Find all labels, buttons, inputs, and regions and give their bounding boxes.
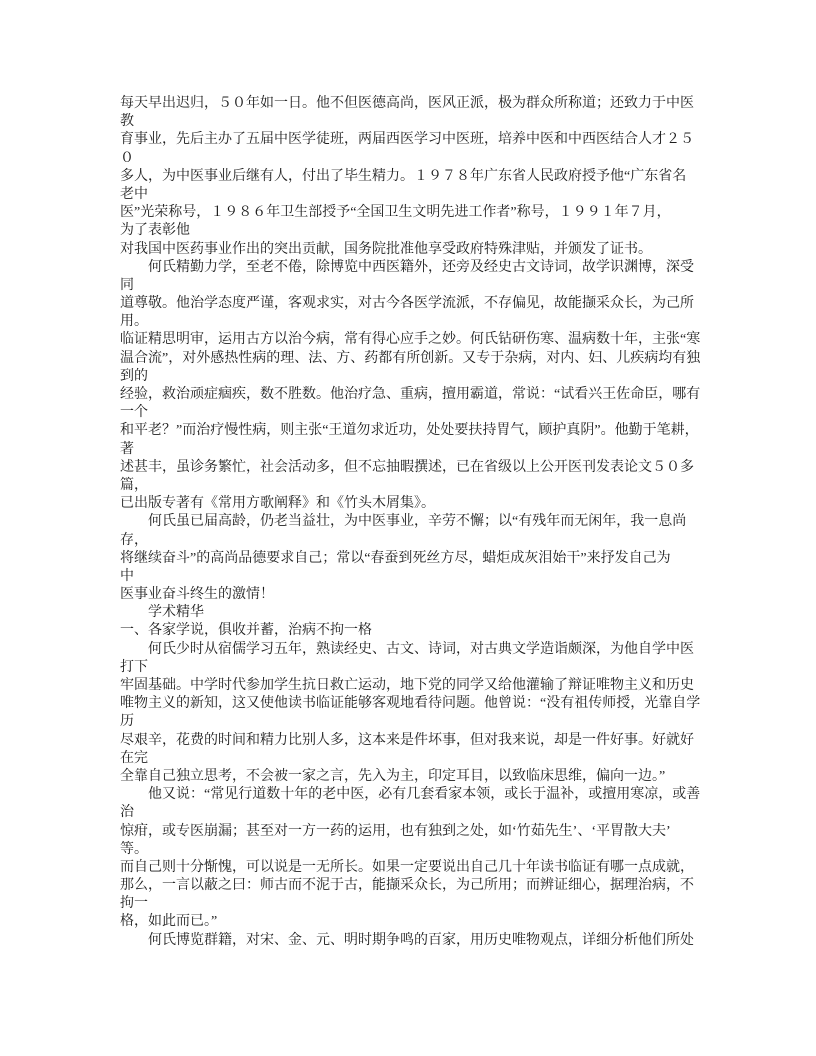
text-line: 他又说：“常见行道数十年的老中医，必有几套看家本领，或长于温补，或擅用寒凉，或善 [120, 786, 706, 804]
text-line: 篇， [120, 477, 706, 495]
text-line: 何氏少时从宿儒学习五年，熟读经史、古文、诗词，对古典文学造诣颇深，为他自学中医 [120, 641, 706, 659]
document-page: 每天早出迟归，５０年如一日。他不但医德高尚，医风正派，极为群众所称道；还致力于中… [0, 0, 816, 1056]
text-line: 将继续奋斗”的高尚品德要求自己；常以“春蚕到死丝方尽，蜡炬成灰泪始干”来抒发自己… [120, 550, 706, 568]
text-line: 何氏虽已届高龄，仍老当益壮，为中医事业，辛劳不懈；以“有残年而无闲年，我一息尚 [120, 513, 706, 531]
text-line: 和平老？”而治疗慢性病，则主张“王道勿求近功，处处要扶持胃气，顾护真阴”。他勤于… [120, 422, 706, 440]
text-line: 学术精华 [120, 604, 706, 622]
text-line: 对我国中医药事业作出的突出贡献，国务院批准他享受政府特殊津贴，并颁发了证书。 [120, 241, 706, 259]
text-line: 为了表彰他 [120, 222, 706, 240]
text-line: 同 [120, 277, 706, 295]
text-line: 述甚丰，虽诊务繁忙，社会活动多，但不忘抽暇撰述，已在省级以上公开医刊发表论文５０… [120, 459, 706, 477]
text-line: 已出版专著有《常用方歌阐释》和《竹头木屑集》。 [120, 495, 706, 513]
text-line: 教 [120, 113, 706, 131]
text-line: 格，如此而已。” [120, 913, 706, 931]
text-line: 而自己则十分惭愧，可以说是一无所长。如果一定要说出自己几十年读书临证有哪一点成就… [120, 859, 706, 877]
text-line: 中 [120, 568, 706, 586]
text-line: 著 [120, 441, 706, 459]
text-line: 医事业奋斗终生的激情！ [120, 586, 706, 604]
text-line: 育事业，先后主办了五届中医学徒班，两届西医学习中医班，培养中医和中西医结合人才２… [120, 131, 706, 149]
text-line: 用。 [120, 313, 706, 331]
text-line: 那么，一言以蔽之曰：师古而不泥于古，能撷采众长，为己所用；而辨证细心，据理治病，… [120, 877, 706, 895]
text-line: 医”光荣称号，１９８６年卫生部授予“全国卫生文明先进工作者”称号，１９９１年７月… [120, 204, 706, 222]
text-line: 每天早出迟归，５０年如一日。他不但医德高尚，医风正派，极为群众所称道；还致力于中… [120, 95, 706, 113]
text-line: ０ [120, 150, 706, 168]
text-line: 历 [120, 713, 706, 731]
text-line: 温合流”，对外感热性病的理、法、方、药都有所创新。又专于杂病，对内、妇、儿疾病均… [120, 350, 706, 368]
text-line: 拘一 [120, 895, 706, 913]
text-line: 存， [120, 532, 706, 550]
text-line: 何氏博览群籍，对宋、金、元、明时期争鸣的百家，用历史唯物观点，详细分析他们所处 [120, 932, 706, 950]
text-line: 老中 [120, 186, 706, 204]
text-line: 何氏精勤力学，至老不倦，除博览中西医籍外，还旁及经史古文诗词，故学识渊博，深受 [120, 259, 706, 277]
text-line: 牢固基础。中学时代参加学生抗日救亡运动，地下党的同学又给他灌输了辩证唯物主义和历… [120, 677, 706, 695]
text-line: 一、各家学说，俱收并蓄，治病不拘一格 [120, 622, 706, 640]
document-text-block: 每天早出迟归，５０年如一日。他不但医德高尚，医风正派，极为群众所称道；还致力于中… [120, 95, 706, 950]
text-line: 尽艰辛，花费的时间和精力比别人多，这本来是件坏事，但对我来说，却是一件好事。好就… [120, 732, 706, 750]
text-line: 治 [120, 804, 706, 822]
text-line: 多人，为中医事业后继有人，付出了毕生精力。１９７８年广东省人民政府授予他“广东省… [120, 168, 706, 186]
text-line: 经验，救治顽症痼疾，数不胜数。他治疗急、重病，擅用霸道，常说：“试看兴王佐命臣，… [120, 386, 706, 404]
text-line: 到的 [120, 368, 706, 386]
text-line: 唯物主义的新知，这又使他读书临证能够客观地看待问题。他曾说：“没有祖传师授，光靠… [120, 695, 706, 713]
text-line: 道尊敬。他治学态度严谨，客观求实，对古今各医学流派，不存偏见，故能撷采众长，为己… [120, 295, 706, 313]
text-line: 惊疳，或专医崩漏；甚至对一方一药的运用，也有独到之处，如‘竹茹先生’、‘平胃散大… [120, 823, 706, 841]
text-line: 全靠自己独立思考，不会被一家之言，先入为主，印定耳目，以致临床思维，偏向一边。” [120, 768, 706, 786]
text-line: 打下 [120, 659, 706, 677]
text-line: 在完 [120, 750, 706, 768]
text-line: 临证精思明审，运用古方以治今病，常有得心应手之妙。何氏钻研伤寒、温病数十年，主张… [120, 331, 706, 349]
text-line: 一个 [120, 404, 706, 422]
text-line: 等。 [120, 841, 706, 859]
